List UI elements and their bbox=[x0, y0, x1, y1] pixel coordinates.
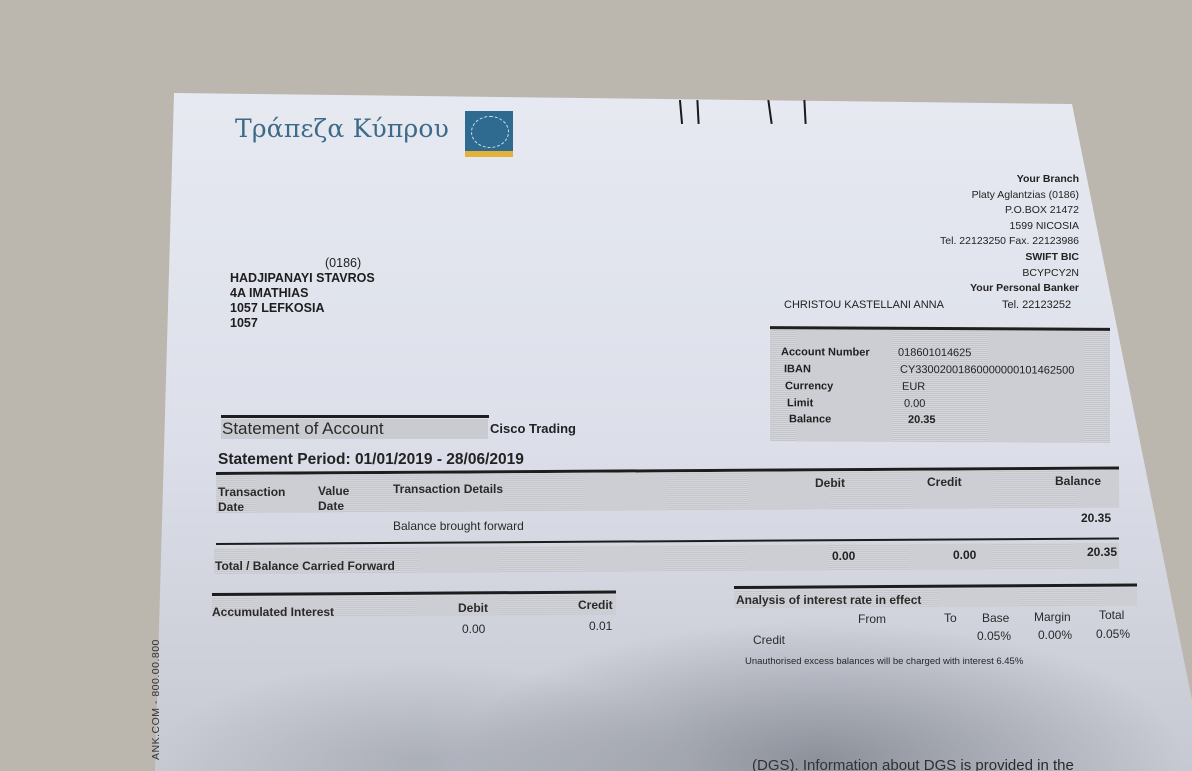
col-debit: Debit bbox=[815, 476, 845, 491]
customer-address: (0186) HADJIPANAYI STAVROS 4A IMATHIAS 1… bbox=[230, 256, 375, 331]
total-debit: 0.00 bbox=[832, 549, 855, 563]
balance-value: 20.35 bbox=[908, 414, 936, 426]
swift-code: BCYPCY2N bbox=[940, 266, 1079, 282]
banker-tel: Tel. 22123252 bbox=[1002, 299, 1071, 311]
col-total: Total bbox=[1099, 608, 1124, 622]
total-credit: 0.00 bbox=[953, 548, 976, 562]
side-contact-text: ANK.COM - 800.00.800 bbox=[150, 639, 162, 760]
total-label: Total / Balance Carried Forward bbox=[215, 559, 395, 574]
account-number-value: 018601014625 bbox=[898, 347, 971, 359]
limit-label: Limit bbox=[787, 397, 813, 409]
iban-value: CY33002001860000000101462500 bbox=[900, 364, 1074, 377]
total-balance: 20.35 bbox=[1087, 545, 1117, 559]
rate-margin: 0.00% bbox=[1038, 628, 1072, 642]
account-number-label: Account Number bbox=[781, 346, 870, 358]
currency-label: Currency bbox=[785, 380, 833, 392]
accumulated-credit-value: 0.01 bbox=[589, 619, 612, 633]
footer-text: (DGS). Information about DGS is provided… bbox=[752, 757, 1074, 771]
col-from: From bbox=[858, 612, 886, 626]
col-margin: Margin bbox=[1034, 610, 1071, 624]
accumulated-credit-label: Credit bbox=[578, 598, 613, 613]
col-base: Base bbox=[982, 611, 1009, 625]
accumulated-interest-title: Accumulated Interest bbox=[212, 605, 334, 620]
customer-postcode: 1057 bbox=[230, 316, 375, 331]
banker-name: CHRISTOU KASTELLANI ANNA bbox=[784, 299, 944, 311]
branch-city: 1599 NICOSIA bbox=[940, 219, 1079, 235]
banker-heading: Your Personal Banker bbox=[940, 281, 1079, 297]
branch-name: Platy Aglantzias (0186) bbox=[940, 188, 1079, 204]
customer-branch-code: (0186) bbox=[230, 256, 375, 271]
swift-heading: SWIFT BIC bbox=[940, 250, 1079, 266]
iban-label: IBAN bbox=[784, 363, 811, 375]
row-details: Balance brought forward bbox=[393, 519, 524, 533]
rate-type: Credit bbox=[753, 633, 785, 647]
col-transaction-date: Transaction Date bbox=[218, 485, 285, 515]
balance-label: Balance bbox=[789, 413, 831, 425]
table-header-band bbox=[216, 469, 1119, 513]
rate-total: 0.05% bbox=[1096, 627, 1130, 641]
branch-po-box: P.O.BOX 21472 bbox=[940, 203, 1079, 219]
rate-base: 0.05% bbox=[977, 629, 1011, 643]
divider bbox=[221, 415, 489, 418]
limit-value: 0.00 bbox=[904, 398, 925, 410]
currency-value: EUR bbox=[902, 381, 925, 393]
customer-name: HADJIPANAYI STAVROS bbox=[230, 271, 375, 286]
accumulated-debit-value: 0.00 bbox=[462, 622, 485, 636]
statement-title: Statement of Account bbox=[221, 419, 488, 439]
branch-heading: Your Branch bbox=[940, 172, 1079, 188]
excess-interest-note: Unauthorised excess balances will be cha… bbox=[745, 656, 1023, 667]
interest-analysis-title: Analysis of interest rate in effect bbox=[736, 593, 921, 608]
col-transaction-details: Transaction Details bbox=[393, 482, 503, 497]
customer-street: 4A IMATHIAS bbox=[230, 286, 375, 301]
col-value-date: Value Date bbox=[318, 484, 349, 514]
branch-info: Your Branch Platy Aglantzias (0186) P.O.… bbox=[940, 172, 1079, 297]
statement-period: Statement Period: 01/01/2019 - 28/06/201… bbox=[218, 451, 524, 469]
row-balance: 20.35 bbox=[1081, 511, 1111, 525]
bank-emblem-icon bbox=[465, 111, 513, 157]
col-balance: Balance bbox=[1055, 474, 1101, 489]
col-to: To bbox=[944, 611, 957, 625]
col-credit: Credit bbox=[927, 475, 962, 490]
account-summary: Account Number 018601014625 IBAN CY33002… bbox=[770, 326, 1110, 443]
bank-logo-text: Τράπεζα Κύπρου bbox=[235, 114, 449, 143]
account-name: Cisco Trading bbox=[490, 421, 576, 436]
accumulated-debit-label: Debit bbox=[458, 601, 488, 616]
customer-city: 1057 LEFKOSIA bbox=[230, 301, 375, 316]
branch-phone-fax: Tel. 22123250 Fax. 22123986 bbox=[940, 234, 1079, 250]
